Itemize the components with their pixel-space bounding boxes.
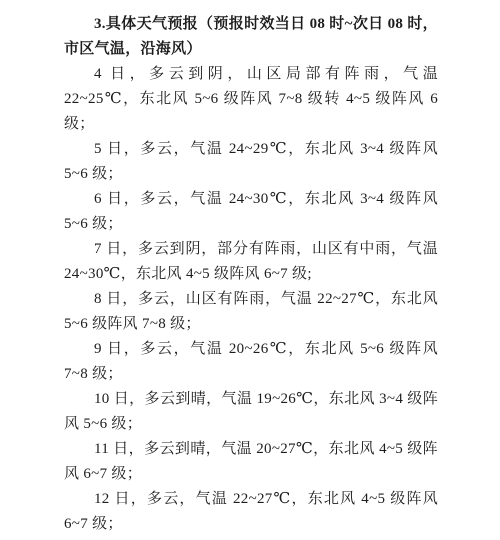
forecast-day-8: 8 日，多云，山区有阵雨，气温 22~27℃，东北风 5~6 级阵风 7~8 级… [64,287,438,337]
forecast-day-5: 5 日，多云，气温 24~29℃，东北风 3~4 级阵风 5~6 级； [64,137,438,187]
forecast-day-7: 7 日，多云到阴，部分有阵雨，山区有中雨，气温 24~30℃，东北风 4~5 级… [64,237,438,287]
forecast-day-11: 11 日，多云到晴，气温 20~27℃，东北风 4~5 级阵风 6~7 级； [64,437,438,487]
forecast-day-12: 12 日，多云，气温 22~27℃，东北风 4~5 级阵风 6~7 级； [64,487,438,537]
forecast-day-6: 6 日，多云，气温 24~30℃，东北风 3~4 级阵风 5~6 级； [64,187,438,237]
section-title: 3.具体天气预报（预报时效当日 08 时~次日 08 时，市区气温，沿海风） [64,12,438,62]
document-page: 3.具体天气预报（预报时效当日 08 时~次日 08 时，市区气温，沿海风） 4… [0,0,500,540]
forecast-day-4: 4 日，多云到阴，山区局部有阵雨，气温 22~25℃，东北风 5~6 级阵风 7… [64,62,438,137]
forecast-day-10: 10 日，多云到晴，气温 19~26℃，东北风 3~4 级阵风 5~6 级； [64,387,438,437]
forecast-day-9: 9 日，多云，气温 20~26℃，东北风 5~6 级阵风 7~8 级； [64,337,438,387]
